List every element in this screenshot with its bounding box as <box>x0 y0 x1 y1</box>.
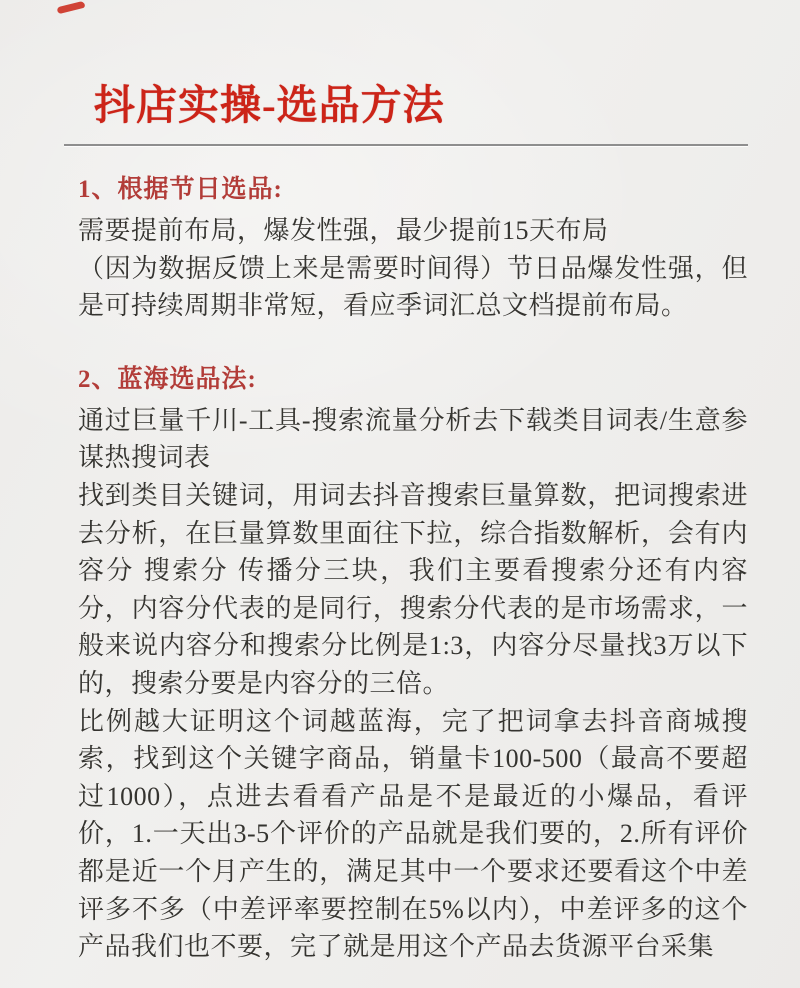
section-2-paragraph: 通过巨量千川-工具-搜索流量分析去下载类目词表/生意参谋热搜词表 <box>78 402 748 477</box>
red-pen-mark <box>57 1 86 15</box>
section-2-paragraph: 比例越大证明这个词越蓝海，完了把词拿去抖音商城搜索，找到这个关键字商品，销量卡1… <box>78 703 748 966</box>
section-1-paragraph: （因为数据反馈上来是需要时间得）节日品爆发性强，但是可持续周期非常短，看应季词汇… <box>78 250 748 325</box>
document-page: 抖店实操-选品方法 1、根据节日选品: 需要提前布局，爆发性强，最少提前15天布… <box>78 80 748 966</box>
section-2-heading: 2、蓝海选品法: <box>78 363 748 397</box>
section-1-paragraph: 需要提前布局，爆发性强，最少提前15天布局 <box>78 212 748 250</box>
section-2-paragraph: 找到类目关键词，用词去抖音搜索巨量算数，把词搜索进去分析，在巨量算数里面往下拉，… <box>78 477 748 703</box>
section-holiday-selection: 1、根据节日选品: 需要提前布局，爆发性强，最少提前15天布局 （因为数据反馈上… <box>78 173 748 325</box>
section-blue-ocean-method: 2、蓝海选品法: 通过巨量千川-工具-搜索流量分析去下载类目词表/生意参谋热搜词… <box>78 363 748 966</box>
section-1-heading: 1、根据节日选品: <box>78 173 748 207</box>
title-divider <box>64 144 748 146</box>
page-title: 抖店实操-选品方法 <box>94 80 748 130</box>
